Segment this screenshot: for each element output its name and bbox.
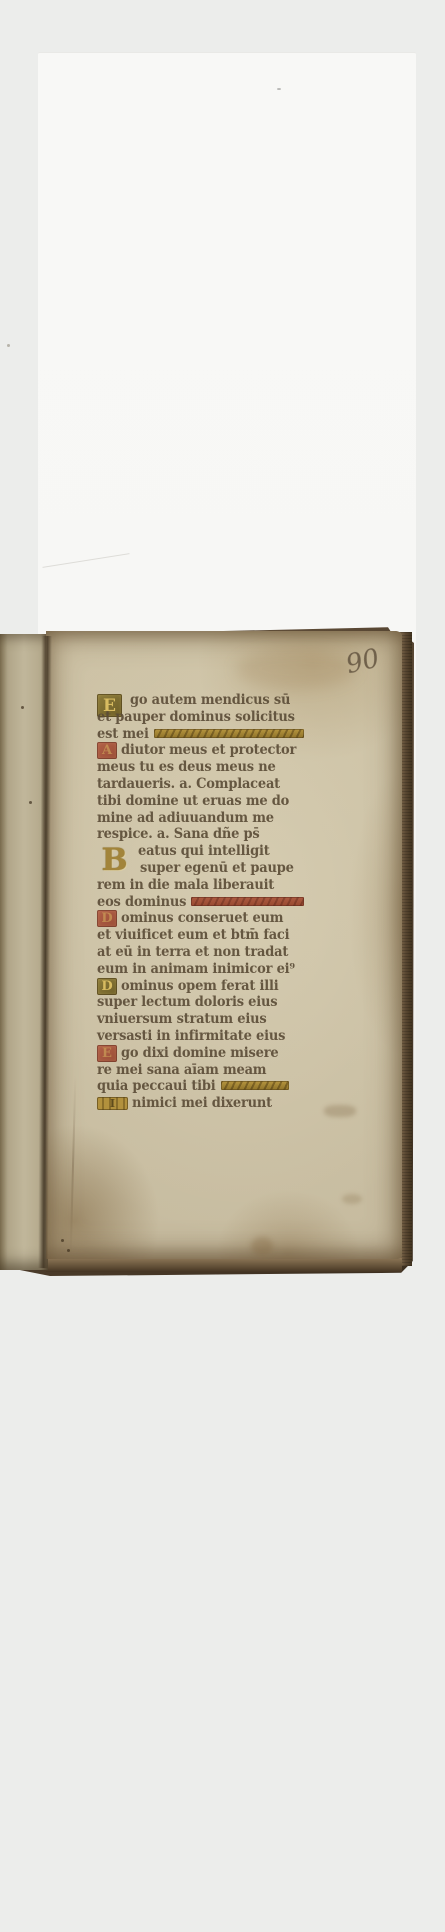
illuminated-initial: D [97,910,117,927]
stain [251,1237,273,1255]
text-line: Inimici mei dixerunt [97,1095,304,1112]
line-text: super egenū et paupe [140,861,294,877]
line-text: go autem mendicus sū [130,693,290,709]
text-line: vniuersum stratum eius [97,1011,304,1028]
bottom-page-stack [46,1258,402,1272]
line-text: tardaueris. a. Complaceat [97,777,280,793]
line-text: eos dominus [97,894,186,910]
text-line: super egenū et paupe [97,860,304,877]
line-text: re mei sana aīam meam [97,1062,266,1078]
text-line: rem in die mala liberauit [97,877,304,894]
line-text: ominus conseruet eum [121,911,283,927]
wormhole-speck [61,1239,64,1242]
line-filler-red [191,897,304,906]
line-text: at eū in terra et non tradat [97,945,288,961]
wormhole-speck [67,1249,70,1252]
parchment-crease [70,1076,77,1256]
line-text: ominus opem ferat illi [121,978,278,994]
wormhole-speck [21,706,24,709]
stain [324,1105,356,1117]
illuminated-initial: I [97,1097,128,1110]
text-line: Dominus opem ferat illi [97,978,304,995]
text-line: mine ad adiuuandum me [97,810,304,827]
text-line: Beatus qui intelligit [97,843,304,860]
manuscript-photograph: 90 Ego autem mendicus sūet pauper dominu… [0,0,445,1932]
text-line: versasti in infirmitate eius [97,1028,304,1045]
line-text: go dixi domine misere [121,1045,278,1061]
line-text: et viuificet eum et btm̄ faci [97,928,289,944]
line-text: rem in die mala liberauit [97,877,274,893]
line-text: meus tu es deus meus ne [97,760,276,776]
illuminated-initial: A [97,742,117,759]
stain [236,649,356,689]
line-text: respice. a. Sana dñe ps̄ [97,827,260,843]
text-line: Adiutor meus et protector [97,742,304,759]
text-line: quia peccaui tibi [97,1078,304,1095]
text-block: Ego autem mendicus sūet pauper dominus s… [97,692,304,1122]
text-line: meus tu es deus meus ne [97,759,304,776]
wormhole-speck [29,801,32,804]
line-text: diutor meus et protector [121,743,296,759]
folio-number: 90 [343,640,397,680]
text-line: Ego dixi domine misere [97,1045,304,1062]
line-filler-gold [221,1081,289,1090]
text-line: Dominus conseruet eum [97,910,304,927]
text-line: at eū in terra et non tradat [97,944,304,961]
manuscript-recto-page: 90 Ego autem mendicus sūet pauper dominu… [46,631,402,1259]
line-filler-gold [154,729,304,738]
stain [342,1194,362,1204]
text-line: re mei sana aīam meam [97,1062,304,1079]
text-line: Ego autem mendicus sū [97,692,304,709]
text-line: super lectum doloris eius [97,994,304,1011]
line-text: quia peccaui tibi [97,1079,216,1095]
text-line: et viuificet eum et btm̄ faci [97,927,304,944]
line-text: nimici mei dixerunt [132,1096,272,1112]
pencil-mark [277,88,281,90]
text-line: eos dominus [97,894,304,911]
line-text: versasti in infirmitate eius [97,1029,285,1045]
text-line: tardaueris. a. Complaceat [97,776,304,793]
line-text: eatus qui intelligit [138,844,270,860]
illuminated-initial: E [97,1045,117,1062]
line-text: et pauper dominus solicitus [97,709,295,725]
illuminated-initial: D [97,978,117,995]
line-text: super lectum doloris eius [97,995,277,1011]
text-line: eum in animam inimicor ei⁹ [97,961,304,978]
line-text: tibi domine ut eruas me do [97,793,289,809]
text-line: respice. a. Sana dñe ps̄ [97,826,304,843]
line-text: vniuersum stratum eius [97,1012,266,1028]
line-text: eum in animam inimicor ei⁹ [97,961,295,977]
flyleaf-speck [7,344,10,347]
text-line: est mei [97,726,304,743]
line-text: mine ad adiuuandum me [97,810,274,826]
text-line: tibi domine ut eruas me do [97,793,304,810]
line-text: est mei [97,726,149,742]
text-line: et pauper dominus solicitus [97,709,304,726]
